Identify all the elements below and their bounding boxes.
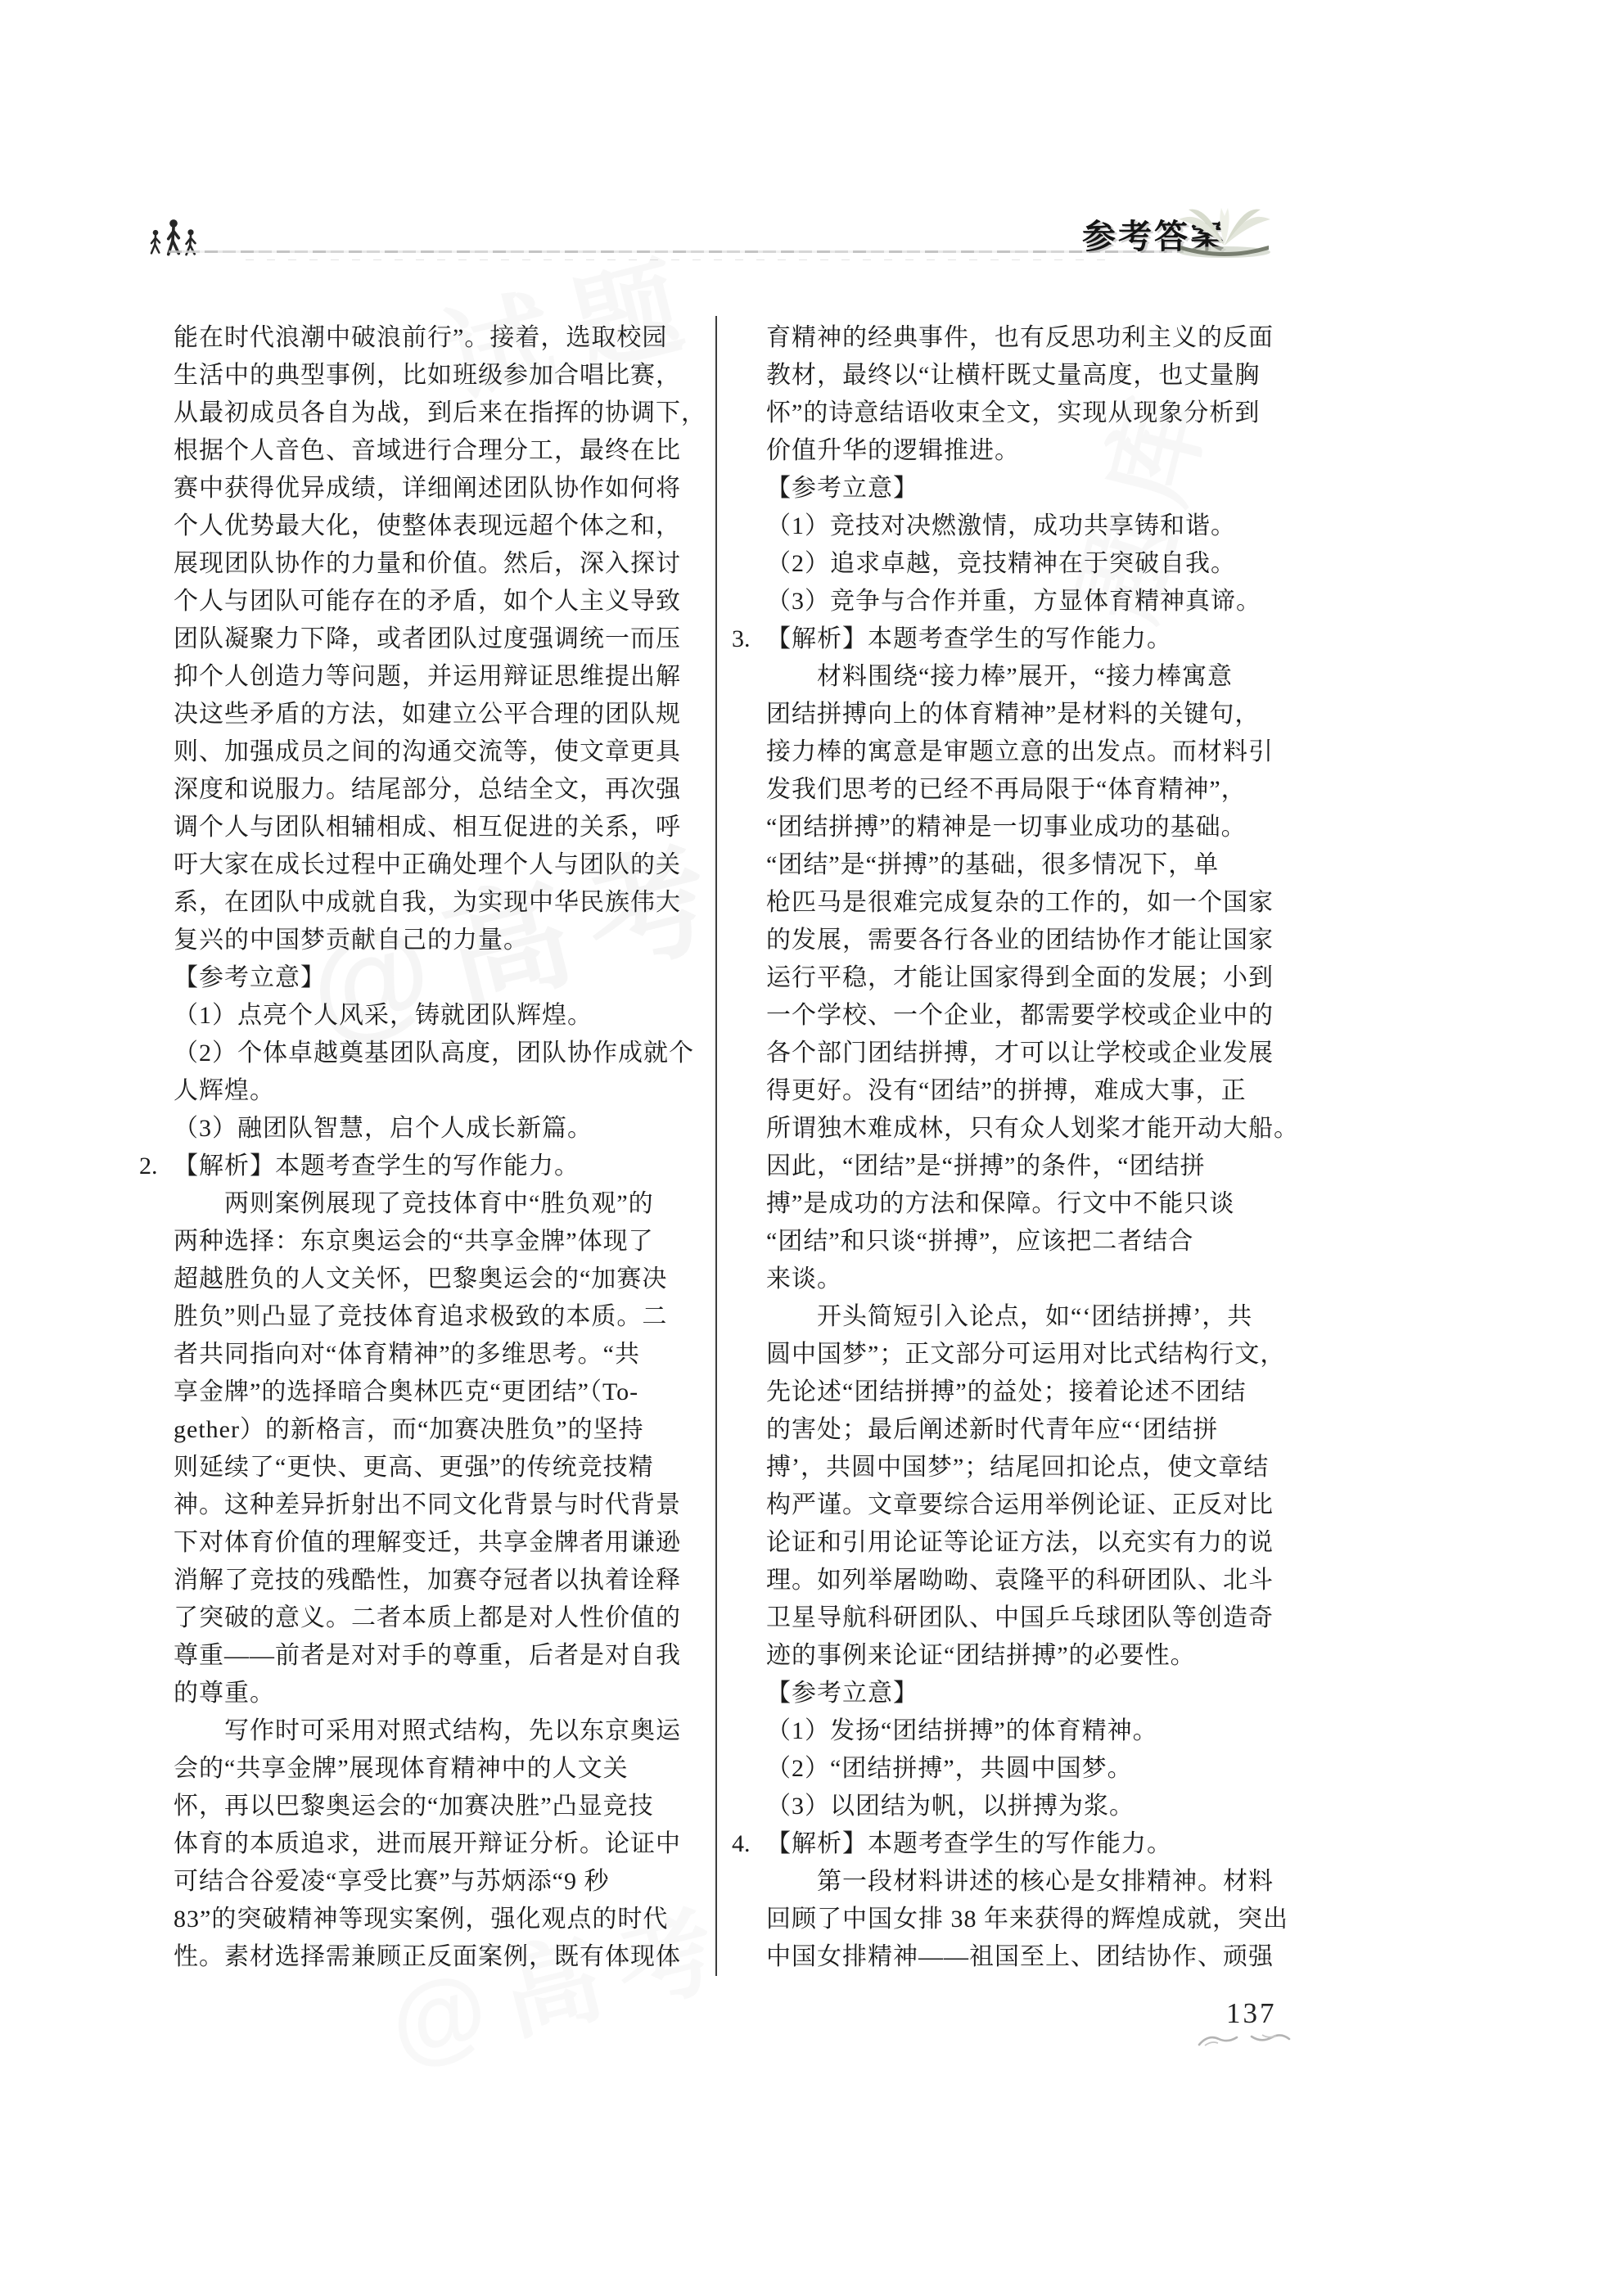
text-line: 2. 【解析】本题考查学生的写作能力。 [174, 1148, 704, 1185]
answer-page: 参考答案 @高考 试题 题库 @高考 能在时代浪潮中破浪前行”。接着，选取校园 … [0, 0, 1624, 2296]
line-text: 得更好。没有“团结”的拼搏，难成大事，正 [766, 1077, 1247, 1104]
text-line: 卫星导航科研团队、中国乒乓球团队等创造奇 [766, 1599, 1300, 1637]
line-text: 运行平稳，才能让国家得到全面的发展；小到 [766, 964, 1274, 991]
text-line: “团结”和只谈“拼搏”，应该把二者结合 [766, 1223, 1300, 1261]
line-text: 一个学校、一个企业，都需要学校或企业中的 [766, 1002, 1274, 1029]
line-text: 体育的本质追求，进而展开辩证分析。论证中 [174, 1830, 681, 1857]
text-line: 团队凝聚力下降，或者团队过度强调统一而压 [174, 620, 704, 658]
line-text: 个人与团队可能存在的矛盾，如个人主义导致 [174, 588, 681, 615]
line-text: （2）个体卓越奠基团队高度，团队协作成就个 [174, 1040, 694, 1067]
text-line: 赛中获得优异成绩，详细阐述团队协作如何将 [174, 470, 704, 507]
text-line: 怀，再以巴黎奥运会的“加赛决胜”凸显竞技 [174, 1788, 704, 1825]
line-text: 因此，“团结”是“拼搏”的条件，“团结拼 [766, 1153, 1206, 1180]
line-text: 深度和说服力。结尾部分，总结全文，再次强 [174, 776, 681, 803]
line-text: 赛中获得优异成绩，详细阐述团队协作如何将 [174, 475, 681, 502]
text-line: 复兴的中国梦贡献自己的力量。 [174, 922, 704, 959]
line-text: 人辉煌。 [174, 1077, 275, 1104]
line-text: （1）点亮个人风采，铸就团队辉煌。 [174, 1002, 593, 1029]
header-rule [169, 250, 1184, 253]
line-text: 的害处；最后阐述新时代青年应“‘团结拼 [766, 1416, 1218, 1443]
text-line: 两则案例展现了竞技体育中“胜负观”的 [174, 1185, 704, 1223]
line-text: 系，在团队中成就自我，为实现中华民族伟大 [174, 889, 681, 916]
line-text: 的发展，需要各行各业的团结协作才能让国家 [766, 927, 1274, 954]
text-line: 性。素材选择需兼顾正反面案例，既有体现体 [174, 1938, 704, 1976]
text-line: 83”的突破精神等现实案例，强化观点的时代 [174, 1901, 704, 1938]
text-line: 则延续了“更快、更高、更强”的传统竞技精 [174, 1449, 704, 1486]
text-line: 个人优势最大化，使整体表现远超个体之和， [174, 507, 704, 545]
text-line: 发我们思考的已经不再局限于“体育精神”， [766, 771, 1300, 809]
line-text: 【解析】本题考查学生的写作能力。 [766, 625, 1172, 652]
text-line: “团结”是“拼搏”的基础，很多情况下，单 [766, 846, 1300, 884]
line-text: 卫星导航科研团队、中国乒乓球团队等创造奇 [766, 1604, 1274, 1631]
line-text: 【解析】本题考查学生的写作能力。 [174, 1153, 580, 1180]
text-line: 搏”是成功的方法和保障。行文中不能只谈 [766, 1185, 1300, 1223]
text-line: 体育的本质追求，进而展开辩证分析。论证中 [174, 1825, 704, 1863]
line-text: 中国女排精神——祖国至上、团结协作、顽强 [766, 1943, 1274, 1970]
text-line: 个人与团队可能存在的矛盾，如个人主义导致 [174, 583, 704, 620]
line-text: 教材，最终以“让横杆既丈量高度，也丈量胸 [766, 362, 1260, 389]
line-text: 神。这种差异折射出不同文化背景与时代背景 [174, 1491, 681, 1518]
text-line: 4. 【解析】本题考查学生的写作能力。 [766, 1825, 1300, 1863]
line-text: 调个人与团队相辅相成、相互促进的关系，呼 [174, 814, 681, 841]
text-line: 怀”的诗意结语收束全文，实现从现象分析到 [766, 395, 1300, 432]
text-line: 开头简短引入论点，如“‘团结拼搏’，共 [766, 1298, 1300, 1336]
line-text: 先论述“团结拼搏”的益处；接着论述不团结 [766, 1378, 1247, 1405]
line-text: 各个部门团结拼搏，才可以让学校或企业发展 [766, 1040, 1274, 1067]
line-text: 怀，再以巴黎奥运会的“加赛决胜”凸显竞技 [174, 1793, 654, 1820]
line-text: 下对体育价值的理解变迁，共享金牌者用谦逊 [174, 1529, 681, 1556]
line-text: 【参考立意】 [174, 964, 326, 991]
text-line: 能在时代浪潮中破浪前行”。接着，选取校园 [174, 319, 704, 357]
line-text: 材料围绕“接力棒”展开，“接力棒寓意 [817, 663, 1233, 690]
open-book-icon [1171, 203, 1279, 264]
line-text: 会的“共享金牌”展现体育精神中的人文关 [174, 1755, 629, 1782]
text-line: 深度和说服力。结尾部分，总结全文，再次强 [174, 771, 704, 809]
line-text: 搏’，共圆中国梦”；结尾回扣论点，使文章结 [766, 1454, 1269, 1481]
text-line: 搏’，共圆中国梦”；结尾回扣论点，使文章结 [766, 1449, 1300, 1486]
line-text: （1）发扬“团结拼搏”的体育精神。 [766, 1717, 1158, 1744]
text-line: 3. 【解析】本题考查学生的写作能力。 [766, 620, 1300, 658]
line-text: 生活中的典型事例，比如班级参加合唱比赛， [174, 362, 681, 389]
text-line: 抑个人创造力等问题，并运用辩证思维提出解 [174, 658, 704, 696]
header-rule-secondary [246, 259, 1105, 260]
line-text: 迹的事例来论证“团结拼搏”的必要性。 [766, 1642, 1196, 1669]
text-line: 运行平稳，才能让国家得到全面的发展；小到 [766, 959, 1300, 997]
line-text: 享金牌”的选择暗合奥林匹克“更团结”（To- [174, 1378, 638, 1405]
line-text: “团结”是“拼搏”的基础，很多情况下，单 [766, 851, 1219, 878]
line-text: “团结”和只谈“拼搏”，应该把二者结合 [766, 1228, 1193, 1255]
text-line: 会的“共享金牌”展现体育精神中的人文关 [174, 1750, 704, 1788]
text-line: 则、加强成员之间的沟通交流等，使文章更具 [174, 733, 704, 771]
text-line: 接力棒的寓意是审题立意的出发点。而材料引 [766, 733, 1300, 771]
text-line: 两种选择：东京奥运会的“共享金牌”体现了 [174, 1223, 704, 1261]
text-line: 展现团队协作的力量和价值。然后，深入探讨 [174, 545, 704, 583]
line-text: 根据个人音色、音域进行合理分工，最终在比 [174, 437, 681, 464]
text-line: 价值升华的逻辑推进。 [766, 432, 1300, 470]
text-line: 理。如列举屠呦呦、袁隆平的科研团队、北斗 [766, 1562, 1300, 1599]
text-line: 的尊重。 [174, 1675, 704, 1712]
text-line: （2）追求卓越，竞技精神在于突破自我。 [766, 545, 1300, 583]
line-text: 育精神的经典事件，也有反思功利主义的反面 [766, 324, 1274, 351]
text-line: 超越胜负的人文关怀，巴黎奥运会的“加赛决 [174, 1261, 704, 1298]
line-text: 理。如列举屠呦呦、袁隆平的科研团队、北斗 [766, 1567, 1274, 1594]
line-number: 4. [732, 1825, 751, 1863]
text-line: 的发展，需要各行各业的团结协作才能让国家 [766, 922, 1300, 959]
text-line: 神。这种差异折射出不同文化背景与时代背景 [174, 1486, 704, 1524]
line-text: 则延续了“更快、更高、更强”的传统竞技精 [174, 1454, 654, 1481]
runners-icon [146, 211, 203, 262]
line-text: 的尊重。 [174, 1680, 275, 1707]
line-text: 所谓独木难成林，只有众人划桨才能开动大船。 [766, 1115, 1299, 1142]
text-line: （1）发扬“团结拼搏”的体育精神。 [766, 1712, 1300, 1750]
text-line: （2）个体卓越奠基团队高度，团队协作成就个 [174, 1035, 704, 1072]
line-text: 者共同指向对“体育精神”的多维思考。“共 [174, 1341, 640, 1368]
line-text: 可结合谷爱凌“享受比赛”与苏炳添“9 秒 [174, 1868, 609, 1895]
line-text: （3）融团队智慧，启个人成长新篇。 [174, 1115, 593, 1142]
line-text: 第一段材料讲述的核心是女排精神。材料 [817, 1868, 1274, 1895]
line-text: 抑个人创造力等问题，并运用辩证思维提出解 [174, 663, 681, 690]
line-text: 开头简短引入论点，如“‘团结拼搏’，共 [817, 1303, 1252, 1330]
line-text: 接力棒的寓意是审题立意的出发点。而材料引 [766, 738, 1274, 765]
line-text: “团结拼搏”的精神是一切事业成功的基础。 [766, 814, 1247, 841]
line-text: 枪匹马是很难完成复杂的工作的，如一个国家 [766, 889, 1274, 916]
text-line: 迹的事例来论证“团结拼搏”的必要性。 [766, 1637, 1300, 1675]
line-text: 【解析】本题考查学生的写作能力。 [766, 1830, 1172, 1857]
text-line: 写作时可采用对照式结构，先以东京奥运 [174, 1712, 704, 1750]
line-text: 发我们思考的已经不再局限于“体育精神”， [766, 776, 1247, 803]
line-number: 2. [139, 1148, 158, 1185]
line-text: 性。素材选择需兼顾正反面案例，既有体现体 [174, 1943, 681, 1970]
text-line: （3）融团队智慧，启个人成长新篇。 [174, 1110, 704, 1148]
line-text: 展现团队协作的力量和价值。然后，深入探讨 [174, 550, 681, 577]
text-line: 者共同指向对“体育精神”的多维思考。“共 [174, 1336, 704, 1374]
line-text: 价值升华的逻辑推进。 [766, 437, 1020, 464]
text-line: 决这些矛盾的方法，如建立公平合理的团队规 [174, 696, 704, 733]
text-line: 下对体育价值的理解变迁，共享金牌者用谦逊 [174, 1524, 704, 1562]
line-text: 复兴的中国梦贡献自己的力量。 [174, 927, 529, 954]
text-line: 圆中国梦”；正文部分可运用对比式结构行文， [766, 1336, 1300, 1374]
text-line: gether）的新格言，而“加赛决胜负”的坚持 [174, 1411, 704, 1449]
line-text: 怀”的诗意结语收束全文，实现从现象分析到 [766, 399, 1260, 426]
line-text: 消解了竞技的残酷性，加赛夺冠者以执着诠释 [174, 1567, 681, 1594]
text-line: 的害处；最后阐述新时代青年应“‘团结拼 [766, 1411, 1300, 1449]
text-line: 生活中的典型事例，比如班级参加合唱比赛， [174, 357, 704, 395]
text-line: 团结拼搏向上的体育精神”是材料的关键句， [766, 696, 1300, 733]
text-line: 枪匹马是很难完成复杂的工作的，如一个国家 [766, 884, 1300, 922]
text-line: 【参考立意】 [766, 1675, 1300, 1712]
line-text: 吁大家在成长过程中正确处理个人与团队的关 [174, 851, 681, 878]
text-line: 来谈。 [766, 1261, 1300, 1298]
text-line: 材料围绕“接力棒”展开，“接力棒寓意 [766, 658, 1300, 696]
line-text: 两则案例展现了竞技体育中“胜负观”的 [224, 1190, 654, 1217]
line-text: 写作时可采用对照式结构，先以东京奥运 [224, 1717, 681, 1744]
line-text: 个人优势最大化，使整体表现远超个体之和， [174, 512, 681, 539]
line-text: 构严谨。文章要综合运用举例论证、正反对比 [766, 1491, 1274, 1518]
page-number: 137 [1226, 1997, 1277, 2030]
line-text: （3）以团结为帆，以拼搏为浆。 [766, 1793, 1135, 1820]
line-text: 【参考立意】 [766, 475, 918, 502]
text-line: 得更好。没有“团结”的拼搏，难成大事，正 [766, 1072, 1300, 1110]
text-line: 从最初成员各自为战，到后来在指挥的协调下， [174, 395, 704, 432]
text-line: 可结合谷爱凌“享受比赛”与苏炳添“9 秒 [174, 1863, 704, 1901]
text-line: 人辉煌。 [174, 1072, 704, 1110]
text-line: 吁大家在成长过程中正确处理个人与团队的关 [174, 846, 704, 884]
text-line: 根据个人音色、音域进行合理分工，最终在比 [174, 432, 704, 470]
line-text: 圆中国梦”；正文部分可运用对比式结构行文， [766, 1341, 1285, 1368]
text-line: “团结拼搏”的精神是一切事业成功的基础。 [766, 809, 1300, 846]
text-line: 构严谨。文章要综合运用举例论证、正反对比 [766, 1486, 1300, 1524]
text-line: 各个部门团结拼搏，才可以让学校或企业发展 [766, 1035, 1300, 1072]
text-line: （1）点亮个人风采，铸就团队辉煌。 [174, 997, 704, 1035]
text-line: 先论述“团结拼搏”的益处；接着论述不团结 [766, 1374, 1300, 1411]
line-text: （1）竞技对决燃激情，成功共享铸和谐。 [766, 512, 1236, 539]
line-text: 论证和引用论证等论证方法，以充实有力的说 [766, 1529, 1274, 1556]
line-text: 从最初成员各自为战，到后来在指挥的协调下， [174, 399, 706, 426]
line-text: 尊重——前者是对对手的尊重，后者是对自我 [174, 1642, 681, 1669]
line-text: 搏”是成功的方法和保障。行文中不能只谈 [766, 1190, 1234, 1217]
line-text: （2）“团结拼搏”，共圆中国梦。 [766, 1755, 1133, 1782]
text-line: 【参考立意】 [174, 959, 704, 997]
line-number: 3. [732, 620, 751, 658]
text-line: 育精神的经典事件，也有反思功利主义的反面 [766, 319, 1300, 357]
text-line: （2）“团结拼搏”，共圆中国梦。 [766, 1750, 1300, 1788]
line-text: 决这些矛盾的方法，如建立公平合理的团队规 [174, 701, 681, 728]
line-text: 回顾了中国女排 38 年来获得的辉煌成就，突出 [766, 1906, 1288, 1933]
text-line: （1）竞技对决燃激情，成功共享铸和谐。 [766, 507, 1300, 545]
text-line: 中国女排精神——祖国至上、团结协作、顽强 [766, 1938, 1300, 1976]
text-line: 回顾了中国女排 38 年来获得的辉煌成就，突出 [766, 1901, 1300, 1938]
text-line: 消解了竞技的残酷性，加赛夺冠者以执着诠释 [174, 1562, 704, 1599]
text-line: 教材，最终以“让横杆既丈量高度，也丈量胸 [766, 357, 1300, 395]
text-line: 论证和引用论证等论证方法，以充实有力的说 [766, 1524, 1300, 1562]
line-text: （2）追求卓越，竞技精神在于突破自我。 [766, 550, 1236, 577]
text-line: 因此，“团结”是“拼搏”的条件，“团结拼 [766, 1148, 1300, 1185]
line-text: 【参考立意】 [766, 1680, 918, 1707]
text-line: 所谓独木难成林，只有众人划桨才能开动大船。 [766, 1110, 1300, 1148]
line-text: 了突破的意义。二者本质上都是对人性价值的 [174, 1604, 681, 1631]
line-text: 能在时代浪潮中破浪前行”。接着，选取校园 [174, 324, 667, 351]
line-text: 来谈。 [766, 1265, 842, 1292]
line-text: 83”的突破精神等现实案例，强化观点的时代 [174, 1906, 668, 1933]
line-text: （3）竞争与合作并重，方显体育精神真谛。 [766, 588, 1261, 615]
text-line: 享金牌”的选择暗合奥林匹克“更团结”（To- [174, 1374, 704, 1411]
line-text: gether）的新格言，而“加赛决胜负”的坚持 [174, 1416, 644, 1443]
text-line: 尊重——前者是对对手的尊重，后者是对自我 [174, 1637, 704, 1675]
text-line: 胜负”则凸显了竞技体育追求极致的本质。二 [174, 1298, 704, 1336]
left-column: 能在时代浪潮中破浪前行”。接着，选取校园 生活中的典型事例，比如班级参加合唱比赛… [174, 319, 704, 1976]
line-text: 则、加强成员之间的沟通交流等，使文章更具 [174, 738, 681, 765]
line-text: 团队凝聚力下降，或者团队过度强调统一而压 [174, 625, 681, 652]
line-text: 两种选择：东京奥运会的“共享金牌”体现了 [174, 1228, 654, 1255]
text-line: 第一段材料讲述的核心是女排精神。材料 [766, 1863, 1300, 1901]
swirl-icon-left [1197, 2032, 1239, 2051]
right-column: 育精神的经典事件，也有反思功利主义的反面 教材，最终以“让横杆既丈量高度，也丈量… [766, 319, 1300, 1976]
text-line: 【参考立意】 [766, 470, 1300, 507]
text-line: 系，在团队中成就自我，为实现中华民族伟大 [174, 884, 704, 922]
line-text: 胜负”则凸显了竞技体育追求极致的本质。二 [174, 1303, 667, 1330]
text-line: （3）竞争与合作并重，方显体育精神真谛。 [766, 583, 1300, 620]
text-line: 调个人与团队相辅相成、相互促进的关系，呼 [174, 809, 704, 846]
swirl-icon-right [1249, 2029, 1292, 2049]
line-text: 团结拼搏向上的体育精神”是材料的关键句， [766, 701, 1260, 728]
column-divider [715, 316, 717, 1976]
text-line: 一个学校、一个企业，都需要学校或企业中的 [766, 997, 1300, 1035]
line-text: 超越胜负的人文关怀，巴黎奥运会的“加赛决 [174, 1265, 667, 1292]
text-line: 了突破的意义。二者本质上都是对人性价值的 [174, 1599, 704, 1637]
text-line: （3）以团结为帆，以拼搏为浆。 [766, 1788, 1300, 1825]
